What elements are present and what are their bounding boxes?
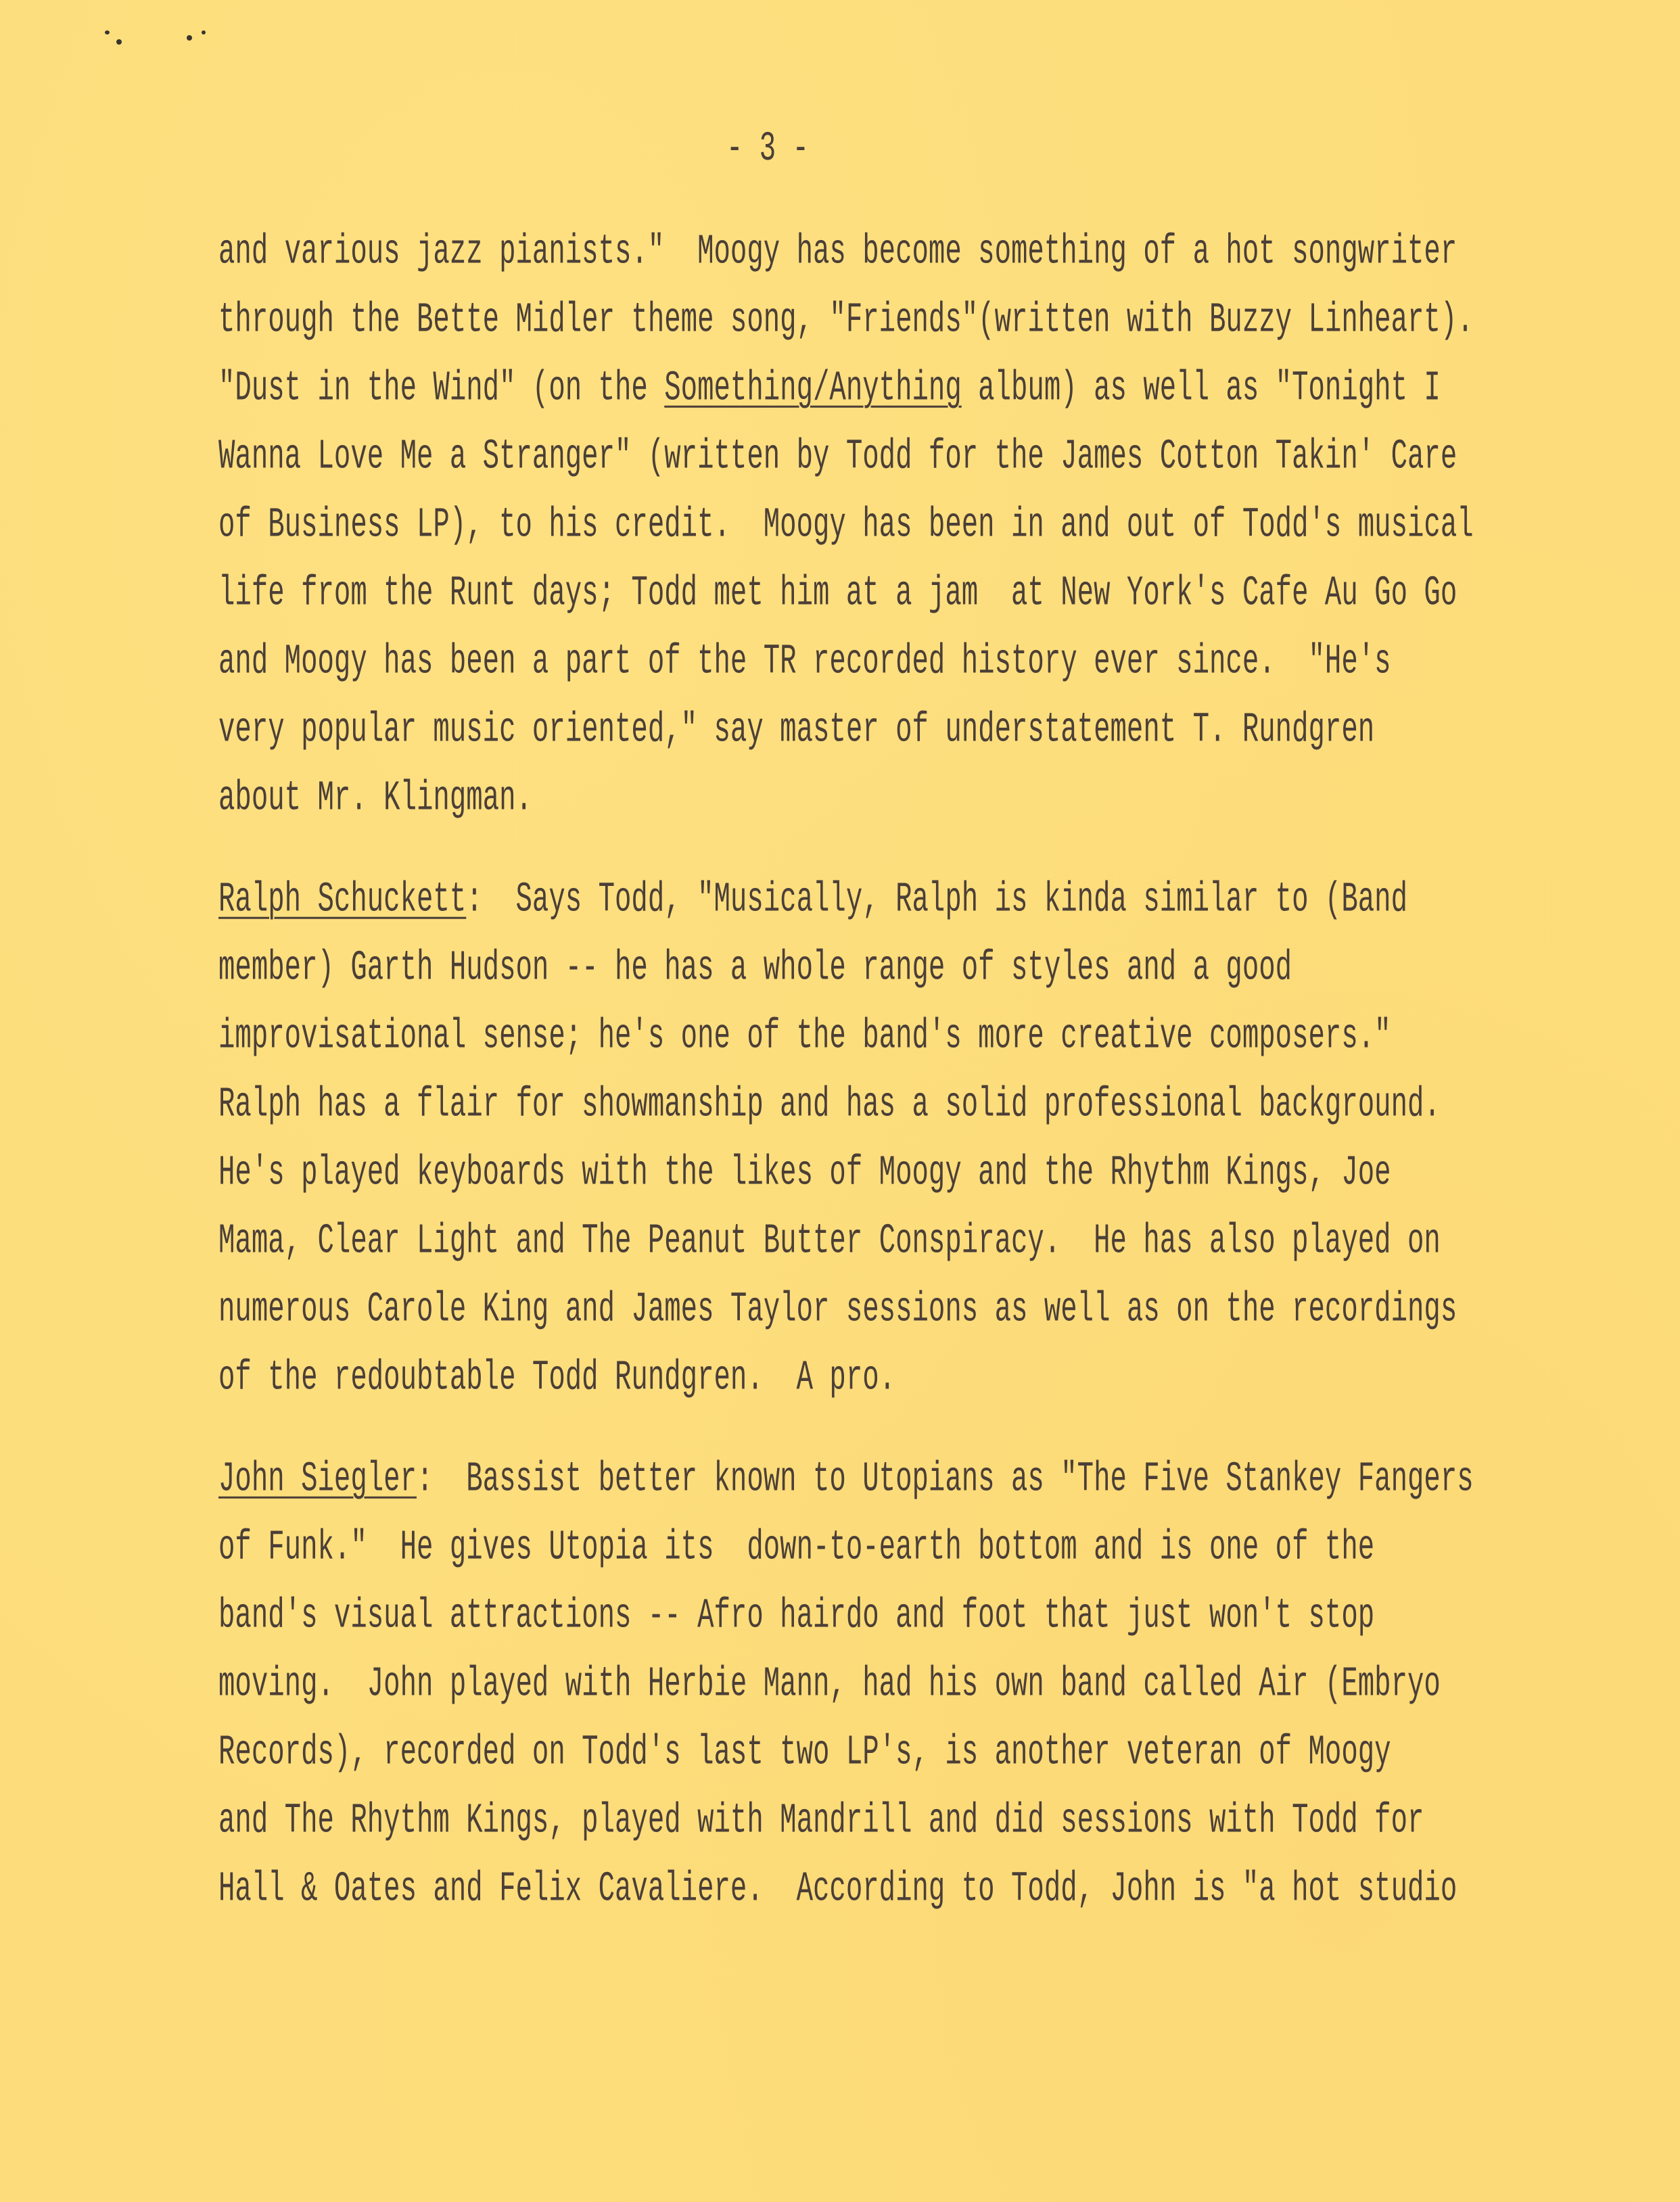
scan-speck — [202, 30, 206, 34]
text-run: improvisational sense; he's one of the b… — [218, 1013, 1391, 1060]
text-line: Ralph Schuckett: Says Todd, "Musically, … — [218, 870, 1407, 931]
text-run: album) as well as "Tonight I — [962, 365, 1441, 413]
text-run: moving. John played with Herbie Mann, ha… — [218, 1661, 1441, 1708]
text-line: life from the Runt days; Todd met him at… — [218, 563, 1457, 625]
text-run: and The Rhythm Kings, played with Mandri… — [218, 1798, 1424, 1845]
text-run: numerous Carole King and James Taylor se… — [218, 1286, 1457, 1334]
section-heading: John Siegler — [218, 1456, 417, 1503]
text-line: of Business LP), to his credit. Moogy ha… — [218, 495, 1474, 557]
scan-speck — [116, 39, 122, 45]
text-line: Records), recorded on Todd's last two LP… — [218, 1723, 1391, 1784]
text-line: member) Garth Hudson -- he has a whole r… — [218, 938, 1292, 1000]
text-run: of the redoubtable Todd Rundgren. A pro. — [218, 1355, 895, 1402]
text-run: Ralph has a flair for showmanship and ha… — [218, 1081, 1441, 1129]
text-run: : Bassist better known to Utopians as "T… — [417, 1456, 1474, 1503]
text-run: very popular music oriented," say master… — [218, 707, 1374, 754]
text-run: of Business LP), to his credit. Moogy ha… — [218, 502, 1474, 549]
text-line: about Mr. Klingman. — [218, 768, 532, 830]
text-line: of Funk." He gives Utopia its down-to-ea… — [218, 1518, 1374, 1579]
scan-speck — [187, 35, 192, 41]
text-run: : Says Todd, "Musically, Ralph is kinda … — [466, 876, 1407, 924]
text-run: He's played keyboards with the likes of … — [218, 1150, 1391, 1197]
text-line: band's visual attractions -- Afro hairdo… — [218, 1586, 1374, 1647]
text-line: Wanna Love Me a Stranger" (written by To… — [218, 427, 1457, 488]
text-line: Ralph has a flair for showmanship and ha… — [218, 1075, 1441, 1136]
text-line: of the redoubtable Todd Rundgren. A pro. — [218, 1348, 895, 1409]
document-page: - 3 - and various jazz pianists." Moogy … — [0, 0, 1680, 2202]
text-line: Hall & Oates and Felix Cavaliere. Accord… — [218, 1859, 1457, 1921]
text-run: about Mr. Klingman. — [218, 775, 532, 822]
text-line: very popular music oriented," say master… — [218, 700, 1374, 762]
page-number: - 3 - — [0, 119, 1535, 180]
text-line: and The Rhythm Kings, played with Mandri… — [218, 1791, 1424, 1852]
text-run: Records), recorded on Todd's last two LP… — [218, 1729, 1391, 1777]
text-line: numerous Carole King and James Taylor se… — [218, 1280, 1457, 1341]
text-run: Mama, Clear Light and The Peanut Butter … — [218, 1218, 1441, 1265]
text-line: moving. John played with Herbie Mann, ha… — [218, 1654, 1441, 1716]
text-line: and Moogy has been a part of the TR reco… — [218, 632, 1391, 693]
text-run: through the Bette Midler theme song, "Fr… — [218, 297, 1474, 344]
text-run: of Funk." He gives Utopia its down-to-ea… — [218, 1524, 1374, 1572]
text-run: Wanna Love Me a Stranger" (written by To… — [218, 434, 1457, 481]
text-run: "Dust in the Wind" (on the — [218, 365, 664, 413]
text-run: life from the Runt days; Todd met him at… — [218, 570, 1457, 617]
text-line: and various jazz pianists." Moogy has be… — [218, 222, 1457, 283]
text-run: and Moogy has been a part of the TR reco… — [218, 638, 1391, 686]
text-line: He's played keyboards with the likes of … — [218, 1143, 1391, 1204]
text-run: band's visual attractions -- Afro hairdo… — [218, 1593, 1374, 1640]
text-line: "Dust in the Wind" (on the Something/Any… — [218, 358, 1441, 420]
text-line: improvisational sense; he's one of the b… — [218, 1006, 1391, 1068]
text-run: Hall & Oates and Felix Cavaliere. Accord… — [218, 1866, 1457, 1913]
scan-speck — [105, 30, 110, 34]
text-line: Mama, Clear Light and The Peanut Butter … — [218, 1211, 1441, 1273]
text-run: member) Garth Hudson -- he has a whole r… — [218, 945, 1292, 992]
text-run: and various jazz pianists." Moogy has be… — [218, 229, 1457, 276]
text-line: John Siegler: Bassist better known to Ut… — [218, 1449, 1474, 1511]
section-heading: Ralph Schuckett — [218, 876, 466, 924]
underlined-title: Something/Anything — [664, 365, 962, 413]
text-line: through the Bette Midler theme song, "Fr… — [218, 290, 1474, 352]
